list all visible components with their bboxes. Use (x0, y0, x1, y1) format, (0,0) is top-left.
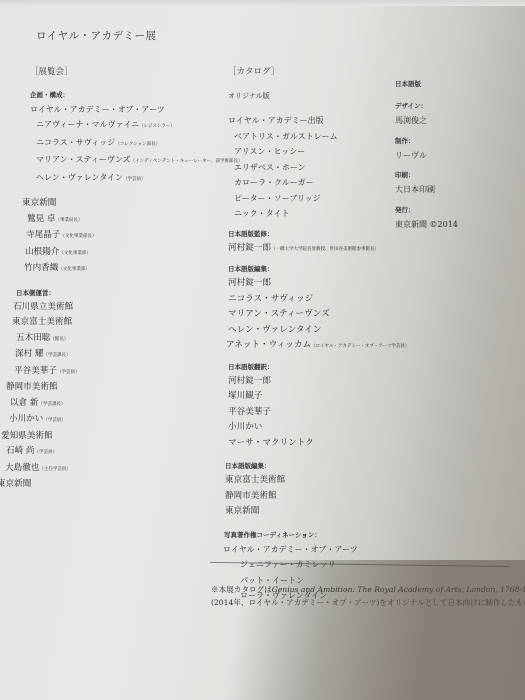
translator: 塚川観子 (228, 389, 409, 405)
staff-entry: 竹内香織（文化事業部） (24, 261, 242, 278)
staff-entry: ニコラス・サヴィッジ（コレクション部長） (30, 135, 242, 153)
japanese-edition-label: 日本語版 (395, 78, 458, 91)
museum-name: 東京富士美術館 (12, 315, 242, 331)
newspaper-org: 東京新聞 (22, 196, 242, 212)
staff-entry: 以倉 新（学芸課長） (10, 396, 242, 413)
publisher-staff: ベアトリス・ガルストレーム (228, 129, 409, 145)
catalog-column: ［カタログ］ オリジナル版 ロイヤル・アカデミー出版 ベアトリス・ガルストレーム… (228, 65, 409, 604)
staff-entry: ヘレン・ヴァレンタイン（学芸員） (30, 170, 242, 188)
compiler: 東京新聞 (225, 504, 409, 520)
production-label: 制作： (395, 135, 458, 148)
compiler: 静岡市美術館 (225, 489, 409, 505)
staff-entry: 平谷美華子（学芸員） (14, 364, 242, 381)
staff-entry: 鷲見 卓（事業局長） (27, 212, 242, 229)
editor: ヘレン・ヴァレンタイン (228, 323, 409, 339)
supervision-label: 日本語版監修： (228, 228, 409, 241)
staff-entry: マリアン・スティーヴンズ（インディペンデント・キューレーター、前学術部長） (30, 152, 242, 170)
museum-name: 愛知県美術館 (1, 429, 242, 445)
organizer: ロイヤル・アカデミー・オブ・アーツ (30, 102, 242, 118)
staff-entry: 寺尾晶子（文化事業部長） (26, 228, 242, 245)
translator: 小川かい (228, 420, 409, 436)
planning-label: 企画・構成： (30, 89, 242, 102)
translator: 平谷美華子 (228, 405, 409, 421)
staff-entry: 石崎 尚（学芸員） (6, 444, 242, 461)
japan-org-label: 日本側運営： (16, 287, 242, 300)
publisher-staff: カローラ・クルーガー (228, 175, 409, 191)
staff-entry: 山根陽介（文化事業部） (25, 245, 242, 262)
editing-label: 日本語版編集： (228, 263, 409, 276)
staff-entry: 小川かい（学芸員） (9, 412, 242, 429)
museum-name: 静岡市美術館 (6, 380, 242, 396)
editor: 河村錠一郎 (228, 276, 409, 292)
editor: ニコラス・サヴィッジ (228, 292, 409, 308)
publisher-staff: ピーター・ソーブリッジ (228, 191, 409, 207)
rights-org: ロイヤル・アカデミー・オブ・アーツ (223, 542, 409, 558)
museum-name: 石川県立美術館 (13, 300, 242, 316)
supervisor: 河村錠一郎（一橋大学大学院名誉教授、世田谷美術館参事館長） (228, 241, 409, 258)
printing-label: 印刷： (395, 169, 458, 182)
organization-name: 東京新聞 (0, 477, 242, 493)
staff-entry: 五木田聡（館長） (16, 331, 242, 348)
design-label: デザイン： (395, 100, 458, 113)
design-value: 馬渕俊之 (395, 113, 458, 129)
original-label: オリジナル版 (228, 89, 409, 105)
page-title: ロイヤル・アカデミー展 (36, 28, 156, 43)
editor: マリアン・スティーヴンズ (228, 307, 409, 323)
page-top-edge (0, 0, 525, 6)
publishing-label: 発行： (395, 204, 458, 217)
compile-label: 日本語版編集： (225, 460, 409, 473)
publisher-staff: ニック・タイト (228, 206, 409, 222)
rights-label: 写真著作権コーディネーション： (224, 529, 409, 542)
translator: マーサ・マクリントク (228, 436, 409, 452)
footnote: ※本展カタログはGenius and Ambition: The Royal A… (211, 583, 525, 609)
staff-entry: 深村 耀（学芸課長） (15, 347, 242, 364)
catalog-heading: ［カタログ］ (228, 65, 409, 81)
footnote-line-1: ※本展カタログはGenius and Ambition: The Royal A… (211, 583, 525, 596)
publisher-staff: アリスン・ヒッシー (228, 144, 409, 160)
publisher-staff: エリザベス・ホーン (228, 160, 409, 176)
staff-entry: 大島徹也（主任学芸員） (5, 461, 242, 478)
translation-label: 日本語版翻訳： (228, 361, 409, 374)
exhibition-column: ［展覧会］ 企画・構成： ロイヤル・アカデミー・オブ・アーツ ニアヴィーナ・マル… (30, 65, 242, 493)
publishing-value: 東京新聞 ©2014 (395, 217, 458, 233)
publisher: ロイヤル・アカデミー出版 (228, 113, 409, 129)
compiler: 東京富士美術館 (225, 473, 409, 489)
footnote-line-2: (2014年、ロイヤル・アカデミー・オブ・アーツ)をオリジナルとして日本向けに制… (211, 596, 525, 609)
staff-entry: ニアヴィーナ・マルヴァイニ（レジストラー） (30, 117, 242, 135)
editor: アネット・ウィッカム（ロイヤル・アカデミー・オブ・アーツ学芸員） (226, 338, 409, 355)
credits-column: 日本語版 デザイン： 馬渕俊之 制作： リーヴル 印刷： 大日本印刷 発行： 東… (395, 78, 458, 232)
printing-value: 大日本印刷 (395, 182, 458, 198)
translator: 河村錠一郎 (228, 374, 409, 390)
exhibition-heading: ［展覧会］ (30, 65, 242, 81)
production-value: リーヴル (395, 148, 458, 164)
